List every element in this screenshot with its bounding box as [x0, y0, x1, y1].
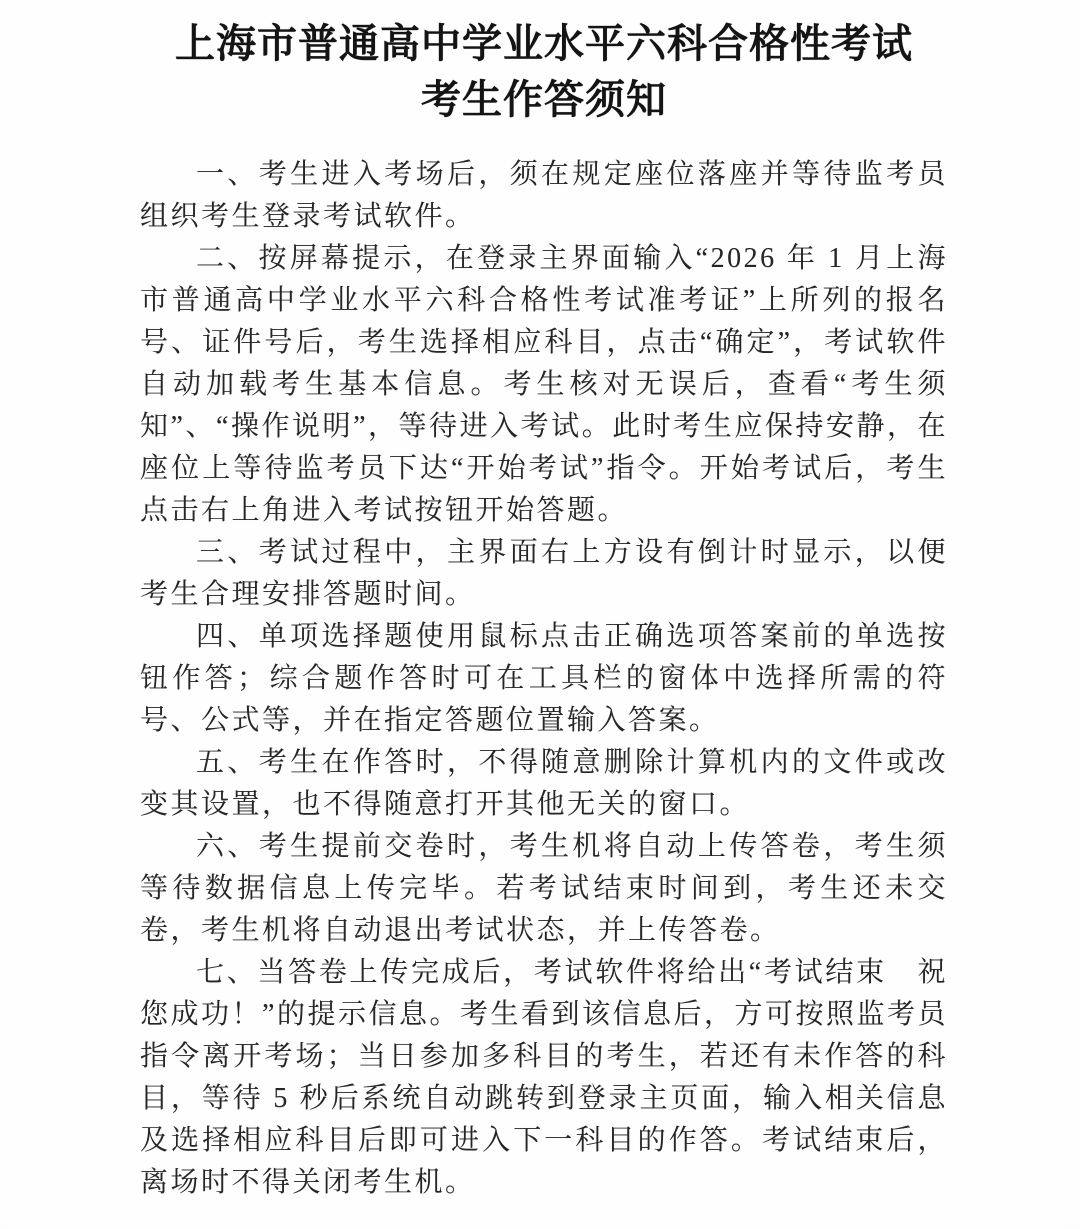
- notice-paragraph-6: 六、考生提前交卷时，考生机将自动上传答卷，考生须等待数据信息上传完毕。若考试结束…: [140, 826, 948, 952]
- notice-paragraph-2: 二、按屏幕提示，在登录主界面输入“2026 年 1 月上海市普通高中学业水平六科…: [140, 238, 948, 532]
- document-title-line-2: 考生作答须知: [140, 72, 948, 128]
- exam-notice-document: 上海市普通高中学业水平六科合格性考试 考生作答须知 一、考生进入考场后，须在规定…: [0, 0, 1080, 1229]
- notice-paragraph-5: 五、考生在作答时，不得随意删除计算机内的文件或改变其设置，也不得随意打开其他无关…: [140, 742, 948, 826]
- notice-paragraph-7: 七、当答卷上传完成后，考试软件将给出“考试结束 祝您成功！”的提示信息。考生看到…: [140, 952, 948, 1204]
- document-title: 上海市普通高中学业水平六科合格性考试 考生作答须知: [140, 16, 948, 128]
- notice-body: 一、考生进入考场后，须在规定座位落座并等待监考员组织考生登录考试软件。 二、按屏…: [140, 154, 948, 1204]
- notice-paragraph-1: 一、考生进入考场后，须在规定座位落座并等待监考员组织考生登录考试软件。: [140, 154, 948, 238]
- document-title-line-1: 上海市普通高中学业水平六科合格性考试: [140, 16, 948, 72]
- notice-paragraph-3: 三、考试过程中，主界面右上方设有倒计时显示，以便考生合理安排答题时间。: [140, 532, 948, 616]
- notice-paragraph-4: 四、单项选择题使用鼠标点击正确选项答案前的单选按钮作答；综合题作答时可在工具栏的…: [140, 616, 948, 742]
